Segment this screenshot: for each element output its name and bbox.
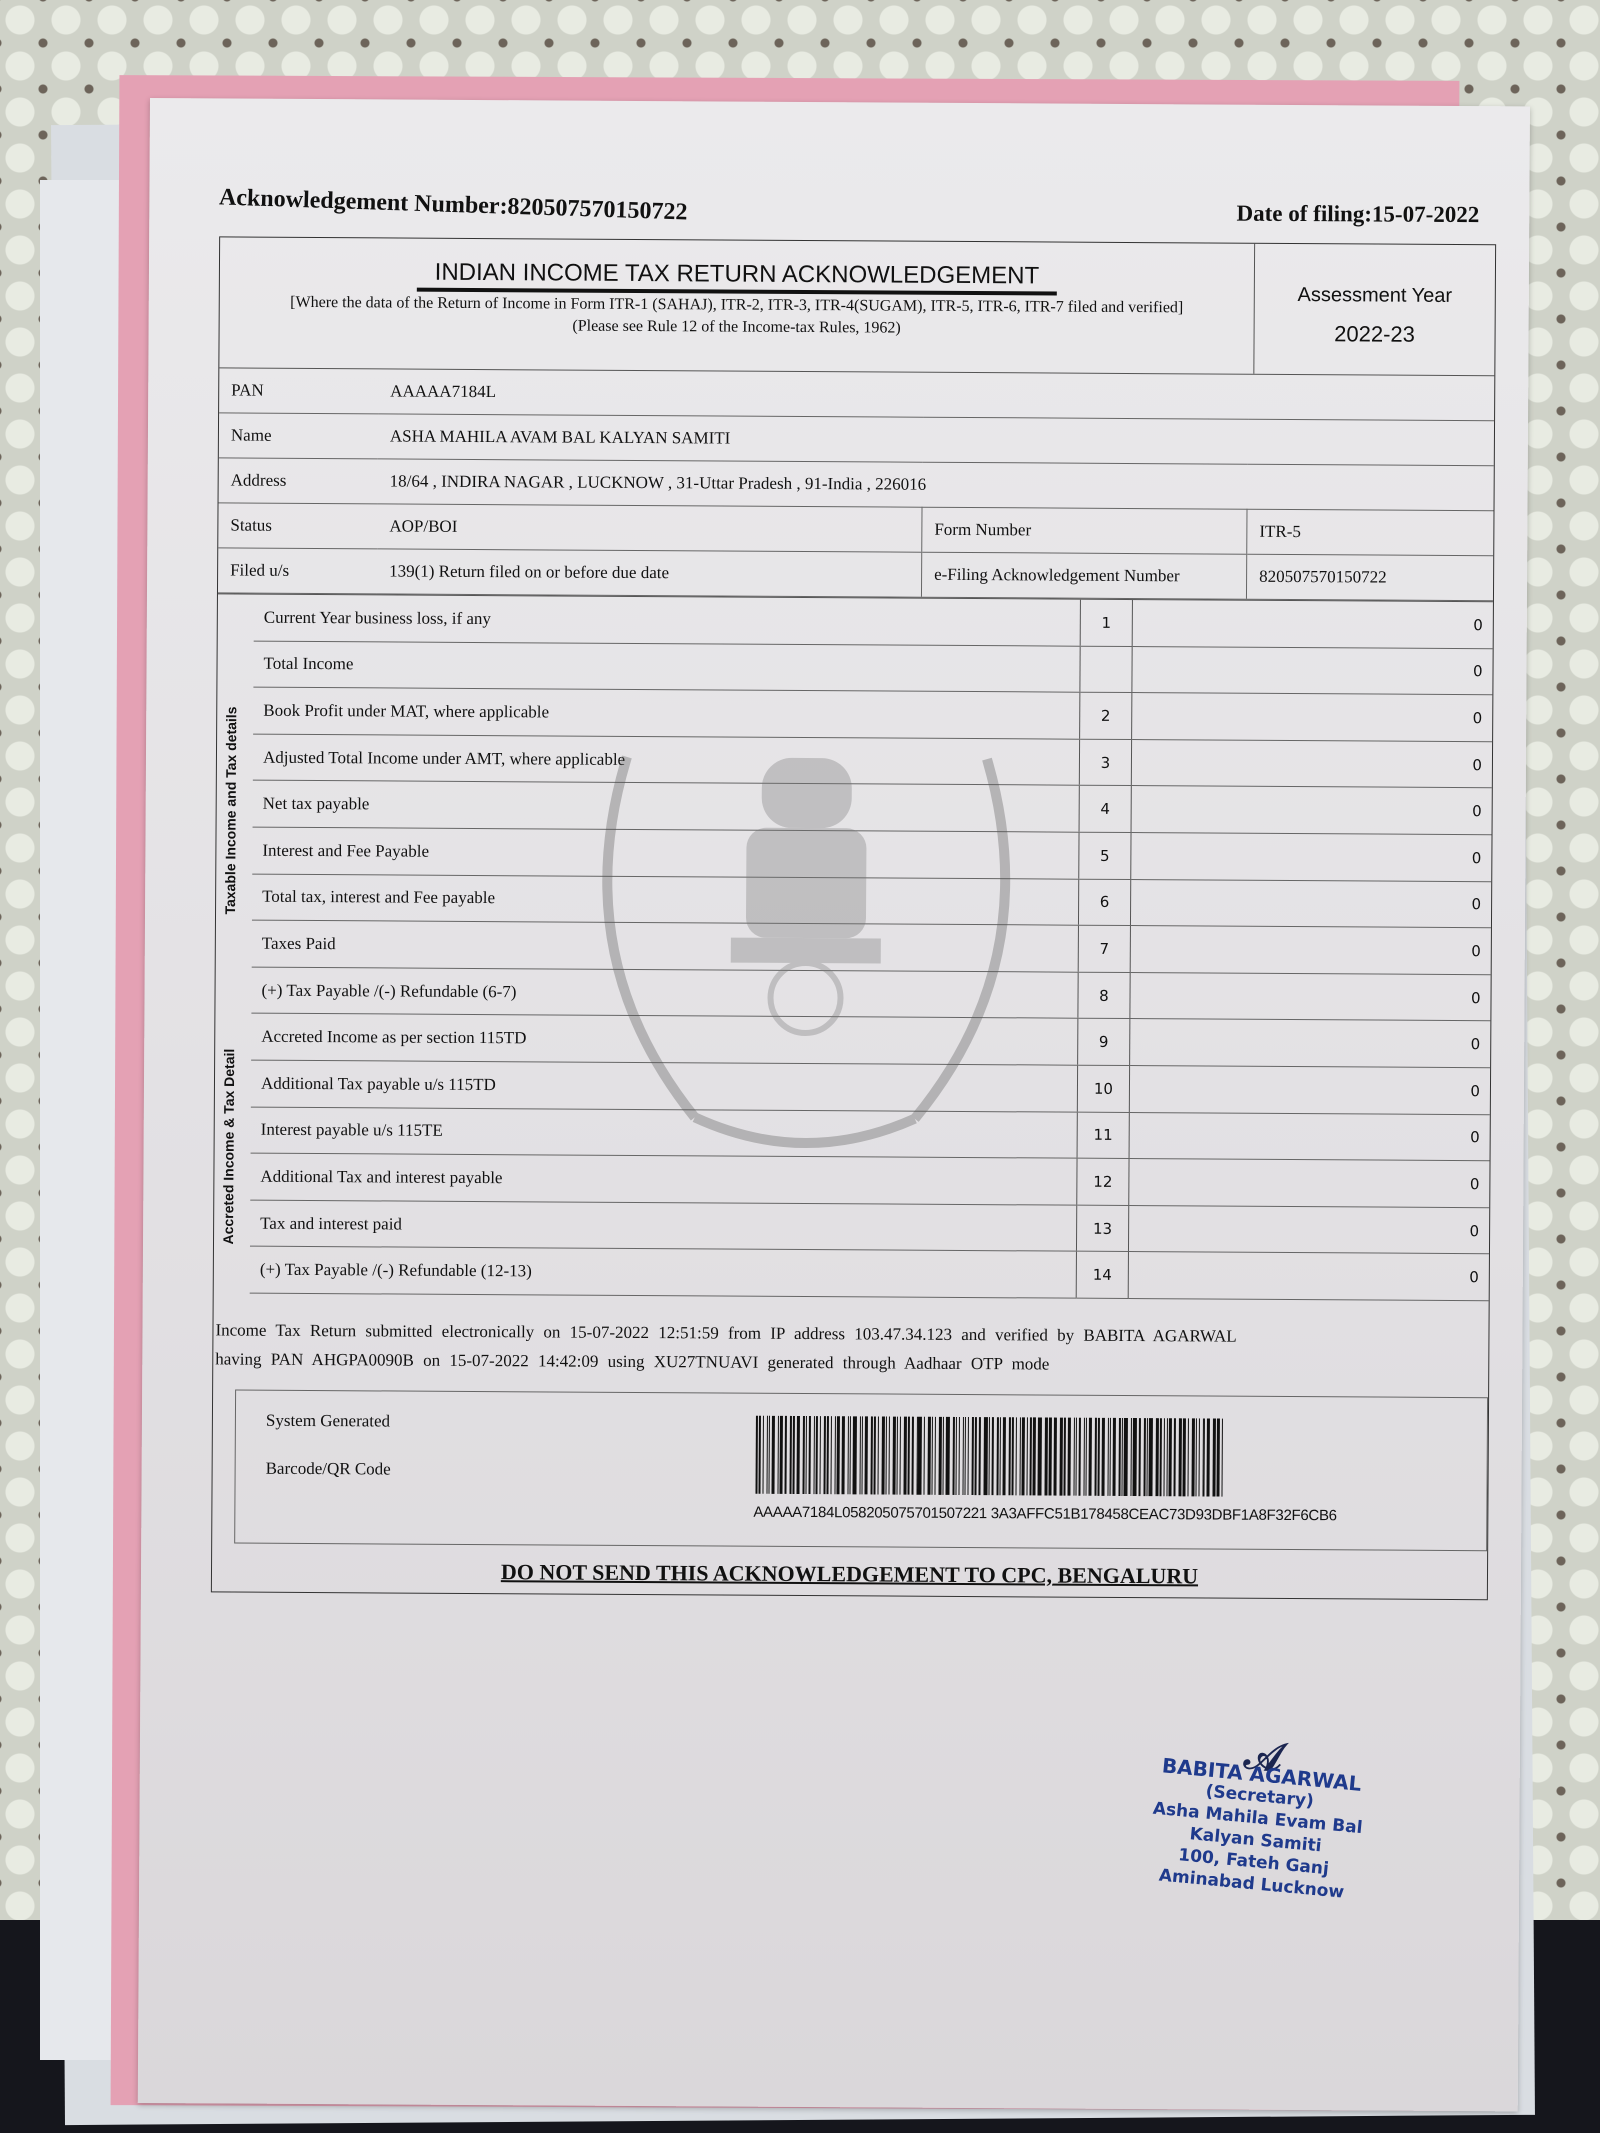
barcode-section: System Generated Barcode/QR Code AAAAA71…	[234, 1389, 1488, 1551]
assessment-year-label: Assessment Year	[1255, 284, 1495, 308]
row-number: 14	[1076, 1251, 1128, 1298]
barcode-bar	[874, 1416, 876, 1494]
barcode-bar	[1075, 1418, 1077, 1496]
row-number: 5	[1079, 832, 1131, 879]
cpc-notice: DO NOT SEND THIS ACKNOWLEDGEMENT TO CPC,…	[212, 1543, 1487, 1599]
title-cell: INDIAN INCOME TAX RETURN ACKNOWLEDGEMENT…	[219, 237, 1255, 373]
barcode-bar	[779, 1416, 783, 1494]
barcode-bar	[853, 1416, 857, 1494]
barcode-bar	[827, 1416, 829, 1494]
barcode-bar	[836, 1416, 840, 1494]
table-row: Total Income0	[253, 641, 1492, 695]
row-value: 0	[1130, 879, 1491, 928]
table-row: Taxes Paid70	[252, 920, 1491, 974]
row-value: 0	[1132, 600, 1493, 648]
table-row: Accreted Income as per section 115TD90	[251, 1013, 1490, 1067]
row-value: 0	[1129, 1159, 1490, 1208]
barcode-bar	[1146, 1418, 1147, 1496]
secretary-stamp: 𝒜 BABITA AGARWAL (Secretary) Asha Mahila…	[1126, 1734, 1389, 1907]
barcode-bar	[1015, 1417, 1017, 1495]
barcode-bar	[1173, 1418, 1176, 1496]
row-label: Book Profit under MAT, where applicable	[253, 687, 1080, 739]
barcode-bar	[1149, 1418, 1153, 1496]
status-value: AOP/BOI	[377, 504, 922, 552]
row-number: 1	[1080, 600, 1132, 646]
barcode-bar	[1159, 1418, 1161, 1496]
tax-details-table: Current Year business loss, if any10Tota…	[250, 595, 1493, 1301]
barcode-bar	[1101, 1418, 1105, 1496]
barcode-bar	[806, 1416, 807, 1494]
row-value: 0	[1129, 1065, 1490, 1114]
barcode-bar	[1138, 1418, 1141, 1496]
barcode-bar	[896, 1416, 898, 1494]
row-label: Taxes Paid	[252, 920, 1079, 972]
barcode-qr-label: Barcode/QR Code	[266, 1459, 391, 1480]
row-number: 7	[1078, 925, 1130, 972]
pan-label: PAN	[219, 368, 378, 413]
name-label: Name	[219, 413, 378, 459]
row-number: 4	[1079, 786, 1131, 833]
row-label: Adjusted Total Income under AMT, where a…	[253, 734, 1080, 786]
barcode-bar	[984, 1417, 988, 1495]
efiling-ack-label: e-Filing Acknowledgement Number	[921, 552, 1246, 599]
row-label: Total Income	[253, 641, 1080, 693]
row-label: (+) Tax Payable /(-) Refundable (6-7)	[251, 967, 1078, 1019]
row-label: (+) Tax Payable /(-) Refundable (12-13)	[250, 1246, 1077, 1298]
row-label: Tax and interest paid	[250, 1200, 1077, 1252]
taxable-income-section-label: Taxable Income and Tax details	[222, 706, 239, 914]
barcode-bar	[830, 1416, 831, 1494]
barcode-bar	[885, 1416, 887, 1494]
row-number: 8	[1078, 972, 1130, 1019]
barcode-bar	[877, 1416, 878, 1494]
filed-us-row: Filed u/s 139(1) Return filed on or befo…	[218, 548, 1493, 601]
barcode-bar	[1216, 1418, 1220, 1496]
row-label: Additional Tax and interest payable	[250, 1153, 1077, 1205]
row-value: 0	[1131, 832, 1492, 881]
row-label: Interest and Fee Payable	[252, 827, 1079, 879]
title-row: INDIAN INCOME TAX RETURN ACKNOWLEDGEMENT…	[219, 237, 1495, 376]
form-number-value: ITR-5	[1247, 509, 1494, 556]
name-value: ASHA MAHILA AVAM BAL KALYAN SAMITI	[378, 414, 1494, 466]
barcode-bar	[908, 1417, 910, 1495]
address-row: Address 18/64 , INDIRA NAGAR , LUCKNOW ,…	[219, 458, 1494, 511]
row-number	[1080, 646, 1132, 693]
barcode-bar	[1003, 1417, 1007, 1495]
barcode-bar	[1060, 1417, 1063, 1495]
barcode-bar	[931, 1417, 933, 1495]
barcode-bar	[1133, 1418, 1137, 1496]
barcode-bar	[955, 1417, 956, 1495]
barcode-bar	[900, 1417, 901, 1495]
barcode-bar	[772, 1416, 775, 1494]
barcode-bar	[849, 1416, 851, 1494]
barcode-bar	[1195, 1418, 1196, 1496]
barcode-bar	[1163, 1418, 1164, 1496]
barcode-bar	[1022, 1417, 1025, 1495]
barcode-bar	[939, 1417, 942, 1495]
barcode-bar	[1113, 1418, 1116, 1496]
barcode-bar	[819, 1416, 820, 1494]
address-value: 18/64 , INDIRA NAGAR , LUCKNOW , 31-Utta…	[378, 459, 1494, 511]
barcode-bar	[988, 1417, 990, 1495]
row-value: 0	[1131, 693, 1492, 742]
barcode-bar	[870, 1416, 873, 1494]
address-label: Address	[219, 458, 378, 504]
barcode-icon	[755, 1416, 1225, 1497]
table-row: Additional Tax and interest payable120	[250, 1153, 1489, 1207]
table-row: Additional Tax payable u/s 115TD100	[251, 1060, 1490, 1114]
pan-value: AAAAA7184L	[378, 369, 1494, 420]
table-row: Interest and Fee Payable50	[252, 827, 1491, 881]
row-number: 9	[1078, 1019, 1130, 1066]
table-row: Net tax payable40	[253, 781, 1492, 835]
acknowledgement-page: Acknowledgement Number:820507570150722 D…	[138, 98, 1530, 2111]
table-row: Adjusted Total Income under AMT, where a…	[253, 734, 1492, 788]
filed-us-label: Filed u/s	[218, 548, 377, 594]
row-value: 0	[1129, 1112, 1490, 1161]
barcode-bar	[942, 1417, 944, 1495]
verification-text: Income Tax Return submitted electronical…	[213, 1293, 1489, 1391]
barcode-bar	[965, 1417, 966, 1495]
barcode-bar	[1054, 1417, 1058, 1495]
barcode-bar	[1109, 1418, 1111, 1496]
barcode-bar	[1063, 1418, 1066, 1496]
pan-row: PAN AAAAA7184L	[219, 368, 1494, 420]
barcode-bar	[823, 1416, 826, 1494]
row-value: 0	[1130, 926, 1491, 975]
barcode-bar	[802, 1416, 805, 1494]
table-row: Current Year business loss, if any10	[254, 595, 1493, 649]
acknowledgement-number: Acknowledgement Number:820507570150722	[219, 184, 688, 226]
table-row: (+) Tax Payable /(-) Refundable (6-7)80	[251, 967, 1490, 1021]
barcode-bar	[889, 1416, 890, 1494]
row-number: 12	[1077, 1158, 1129, 1205]
barcode-bar	[841, 1416, 845, 1494]
row-value: 0	[1132, 646, 1493, 695]
barcode-bar	[958, 1417, 959, 1495]
system-generated-label: System Generated	[266, 1411, 390, 1432]
row-number: 6	[1078, 879, 1130, 926]
barcode-bar	[768, 1416, 770, 1494]
form-number-label: Form Number	[922, 507, 1247, 554]
barcode-bar	[1179, 1418, 1182, 1496]
barcode-bar	[809, 1416, 811, 1494]
row-label: Current Year business loss, if any	[254, 595, 1081, 646]
barcode-bar	[1038, 1417, 1042, 1495]
barcode-bar	[815, 1416, 818, 1494]
barcode-bar	[763, 1416, 764, 1494]
barcode-bar	[796, 1416, 800, 1494]
document-title: INDIAN INCOME TAX RETURN ACKNOWLEDGEMENT	[417, 259, 1058, 296]
barcode-bar	[1121, 1418, 1122, 1496]
barcode-bar	[904, 1417, 908, 1495]
row-label: Accreted Income as per section 115TD	[251, 1013, 1078, 1065]
row-value: 0	[1131, 739, 1492, 788]
barcode-bar	[1012, 1417, 1014, 1495]
barcode-bar	[881, 1416, 885, 1494]
assessment-year-value: 2022-23	[1255, 321, 1495, 348]
row-number: 13	[1076, 1205, 1128, 1252]
table-row: Total tax, interest and Fee payable60	[252, 874, 1491, 928]
barcode-bar	[1048, 1417, 1052, 1495]
barcode-bar	[1155, 1418, 1159, 1496]
row-value: 0	[1131, 786, 1492, 835]
barcode-bar	[918, 1417, 922, 1495]
taxpayer-info-table: PAN AAAAA7184L Name ASHA MAHILA AVAM BAL…	[218, 368, 1494, 601]
barcode-bar	[1044, 1417, 1048, 1495]
section-side-labels: Taxable Income and Tax details Accreted …	[214, 594, 254, 1293]
row-label: Additional Tax payable u/s 115TD	[251, 1060, 1078, 1112]
barcode-bar	[935, 1417, 936, 1495]
barcode-bar	[911, 1417, 913, 1495]
barcode-bar	[893, 1416, 896, 1494]
row-number: 2	[1080, 692, 1132, 739]
barcode-bar	[968, 1417, 969, 1495]
barcode-bar	[792, 1416, 794, 1494]
barcode-bar	[1207, 1418, 1210, 1496]
barcode-bar	[1204, 1418, 1205, 1496]
barcode-bar	[927, 1417, 931, 1495]
row-label: Interest payable u/s 115TE	[251, 1107, 1078, 1159]
barcode-bar	[946, 1417, 950, 1495]
row-value: 0	[1129, 1019, 1490, 1068]
row-value: 0	[1128, 1252, 1489, 1301]
barcode-bar	[1198, 1418, 1199, 1496]
accreted-income-section-label: Accreted Income & Tax Detail	[220, 1049, 237, 1245]
barcode-bar	[1033, 1417, 1037, 1495]
barcode-bar	[1068, 1418, 1071, 1496]
barcode-bar	[1124, 1418, 1128, 1496]
barcode-bar	[1222, 1418, 1223, 1496]
barcode-bar	[974, 1417, 977, 1495]
acknowledgement-form: INDIAN INCOME TAX RETURN ACKNOWLEDGEMENT…	[211, 236, 1496, 1600]
barcode-bar	[978, 1417, 981, 1495]
status-label: Status	[218, 503, 377, 549]
barcode-bar	[861, 1416, 863, 1494]
barcode-bar	[1169, 1418, 1172, 1496]
barcode-bar	[1089, 1418, 1092, 1496]
barcode-bar	[865, 1416, 868, 1494]
table-row: Tax and interest paid130	[250, 1200, 1489, 1254]
status-row: Status AOP/BOI Form Number ITR-5	[218, 503, 1493, 556]
assessment-year-cell: Assessment Year 2022-23	[1254, 244, 1495, 375]
barcode-bar	[999, 1417, 1001, 1495]
barcode-bar	[1187, 1418, 1188, 1496]
date-of-filing: Date of filing:15-07-2022	[1236, 201, 1479, 228]
table-row: (+) Tax Payable /(-) Refundable (12-13)1…	[250, 1246, 1489, 1300]
row-value: 0	[1128, 1205, 1489, 1254]
barcode-bar	[923, 1417, 924, 1495]
barcode-bar	[1182, 1418, 1186, 1496]
filed-us-value: 139(1) Return filed on or before due dat…	[377, 549, 922, 597]
barcode-bar	[1191, 1418, 1195, 1496]
barcode-bar	[1212, 1418, 1216, 1496]
barcode-text: AAAAA7184L058205075701507221 3A3AFFC51B1…	[753, 1504, 1336, 1525]
row-number: 3	[1079, 739, 1131, 786]
row-label: Total tax, interest and Fee payable	[252, 874, 1079, 926]
barcode-bar	[784, 1416, 787, 1494]
barcode-bar	[1094, 1418, 1097, 1496]
row-label: Net tax payable	[253, 781, 1080, 833]
row-number: 11	[1077, 1112, 1129, 1159]
row-number: 10	[1077, 1065, 1129, 1112]
barcode-bar	[952, 1417, 955, 1495]
barcode-bar	[758, 1416, 761, 1494]
barcode-bar	[1098, 1418, 1100, 1496]
page-header: Acknowledgement Number:820507570150722 D…	[219, 184, 1479, 232]
barcode-bar	[1026, 1417, 1027, 1495]
name-row: Name ASHA MAHILA AVAM BAL KALYAN SAMITI	[219, 413, 1494, 466]
tax-details-section: Taxable Income and Tax details Accreted …	[214, 593, 1493, 1301]
table-row: Book Profit under MAT, where applicable2…	[253, 687, 1492, 741]
row-value: 0	[1130, 972, 1491, 1021]
barcode-bar	[992, 1417, 994, 1495]
table-row: Interest payable u/s 115TE110	[251, 1107, 1490, 1161]
barcode-bar	[1079, 1418, 1081, 1496]
barcode-bar	[1085, 1418, 1087, 1496]
efiling-ack-value: 820507570150722	[1246, 554, 1493, 601]
